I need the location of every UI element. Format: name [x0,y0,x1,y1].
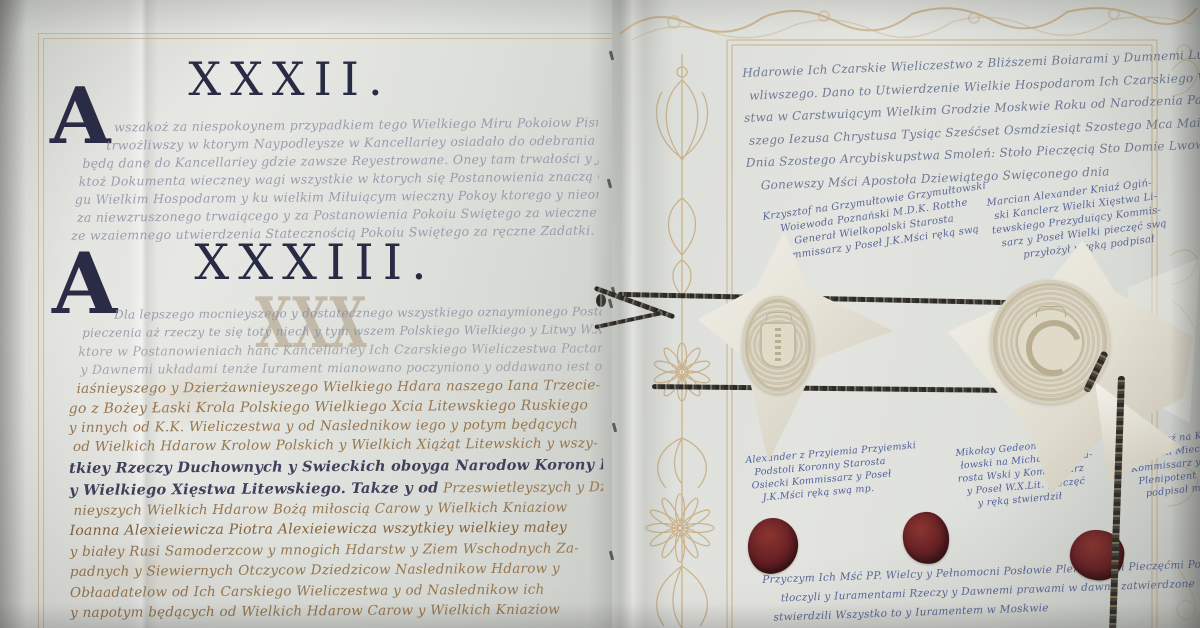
manuscript-line-segment: Przeswietleyszych y Dzierżaw- [438,479,604,497]
section-xxxiii-paragraph: Dla lepszego mocnieyszego y dostateczneg… [68,304,604,625]
manuscript-line-segment: y Wielkiego Xięstwa Litewskiego. Takze y… [69,479,438,499]
section-xxxii-paragraph: wszakoż za niespokoynem przypadkiem tego… [70,114,599,246]
manuscript-line: y Dawnemi układami tenże Iurament mianow… [80,358,602,381]
margin-rule-vertical [38,33,39,628]
margin-rule-horizontal [38,33,612,34]
chrysanthemum-flower [646,494,714,562]
seal-crown [766,312,792,321]
seal-wheat-plume [775,328,781,364]
margin-rule-horizontal [43,38,612,39]
right-page-paragraph: Hdarowie Ich Czarskie Wieliczestwo z Bli… [742,47,1200,201]
manuscript-photo: A XXXII. wszakoż za niespokoynem przypad… [0,0,1200,628]
manuscript-line: y napotym będących od Wielkich Hdarow Ca… [70,601,604,625]
embossed-oval-seal [742,296,814,394]
seal-crown [1036,306,1066,317]
section-heading-xxxii: XXXII. [150,52,430,106]
cord-knot [596,294,606,307]
section-heading-xxxiii: XXXIII. [165,234,465,291]
margin-rule-vertical [43,38,44,628]
